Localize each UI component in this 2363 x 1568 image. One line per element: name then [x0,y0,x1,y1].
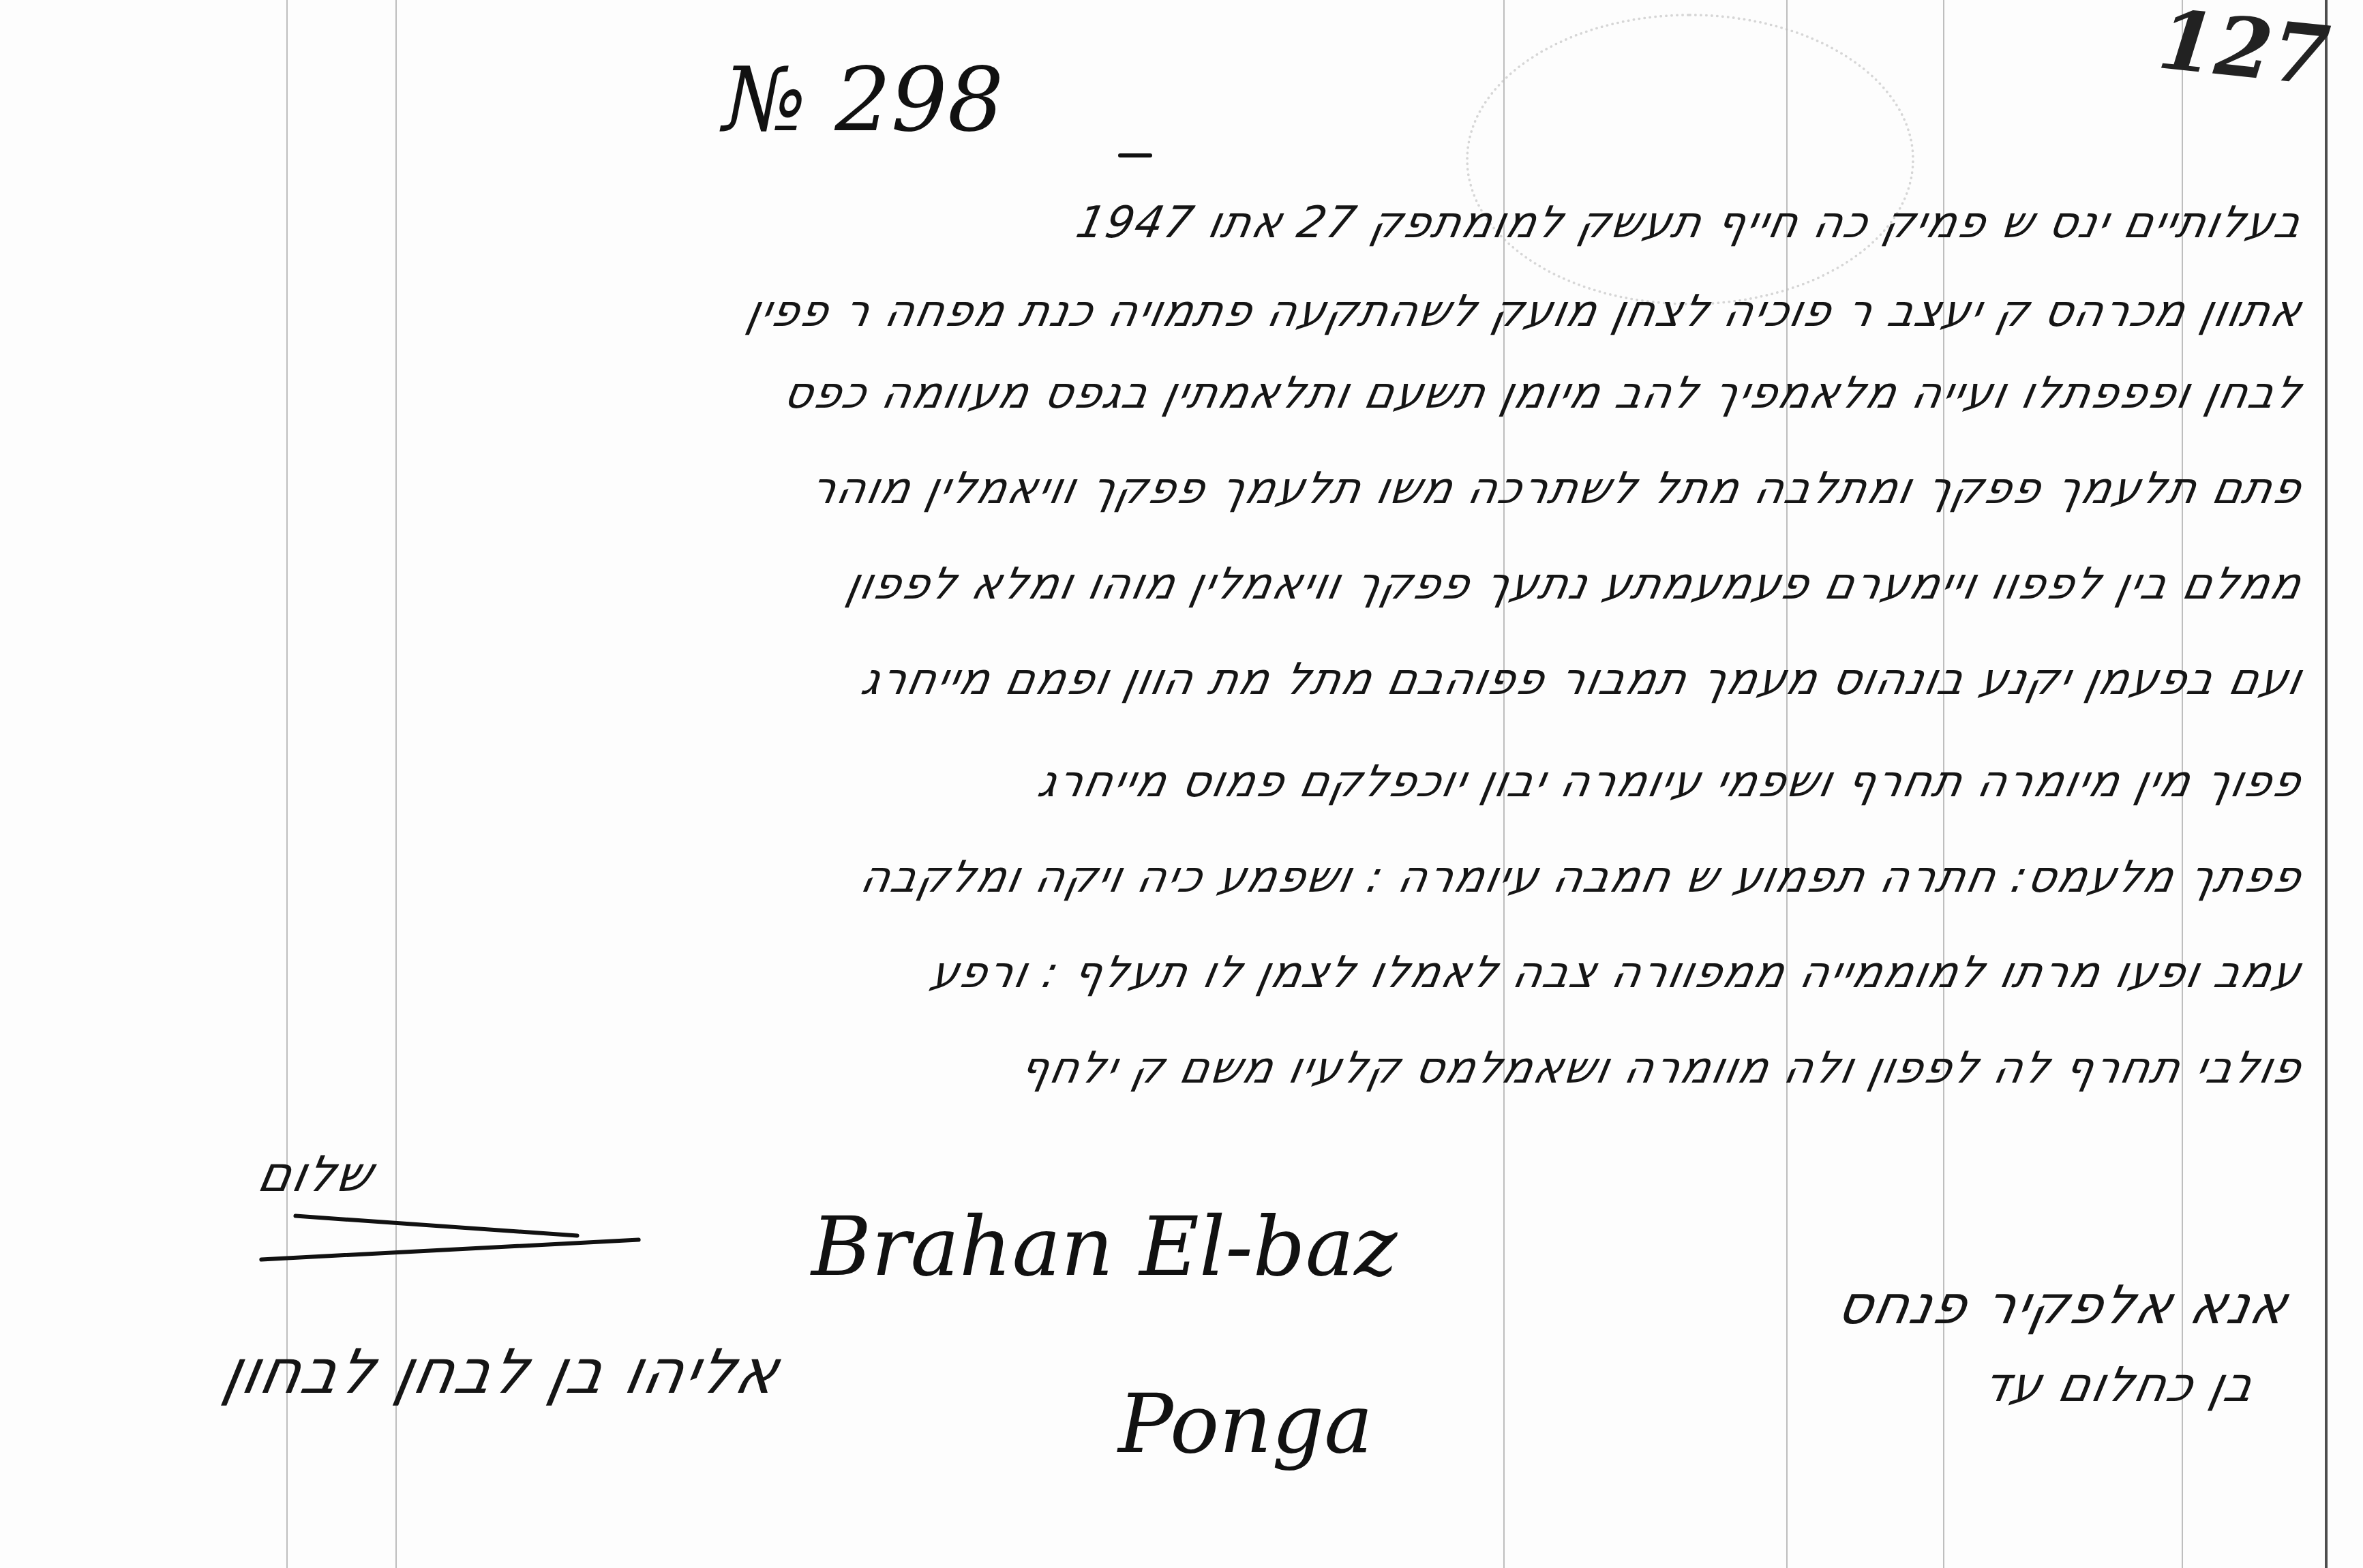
signature-left-hebrew: אליהו בן לבחן לבחון [217,1336,787,1408]
document-number: № 298 [723,48,1004,151]
body-line-6: ועם בפעמן יקנע בונהוס מעמך תמבור פפוהבם … [857,654,2307,705]
signature-right-hebrew-1: אנא אלפקיר פנחס [1833,1275,2295,1336]
body-line-9: עמב ופעו מרתו למוממייה ממפוורה צבה לאמלו… [927,948,2307,998]
signature-latin-name: Brahan El-baz [811,1200,1397,1295]
body-line-7: פפוך מין מיומרה תחרף ושפמי עיומרה יבון י… [1034,757,2307,807]
body-line-3: לבחן ופפפתלו ועייה מלאמפיך להב מיומן תשע… [779,368,2307,419]
body-line-5: ממלם בין לפפוו ויימערם פעמעמתע נתעך פפקך… [842,559,2307,609]
body-line-8: פפתך מלעמס: חתרה תפמוע ש חמבה עיומרה : ו… [856,852,2307,903]
body-line-2: אתוון מכרהס ק יעצב ר פוכיה לצחן מועק לשה… [742,286,2307,337]
signature-latin-place: Ponga [1118,1377,1373,1472]
closing-word: שלום [253,1145,379,1203]
number-underline [1118,153,1152,157]
body-line-4: פתם תלעמך פפקך ומתלבה מתל לשתרכה משו תלע… [806,464,2307,514]
signature-flourish [293,1213,579,1237]
body-line-1: בעלותיים ינס ש פמיק כה חייף תעשק למומתפק… [1072,198,2307,248]
signature-flourish [259,1237,641,1261]
page-rule-line [286,0,288,1568]
body-line-10: פולבי תחרף לה לפפון ולה מוומרה ושאמלמס ק… [1016,1043,2307,1094]
page-rule-line [395,0,397,1568]
signature-right-hebrew-2: בן כחלום עד [1978,1357,2260,1413]
folio-number: 127 [2154,0,2334,105]
page-edge-line [2325,0,2328,1568]
faded-circular-stamp [1466,14,1914,305]
